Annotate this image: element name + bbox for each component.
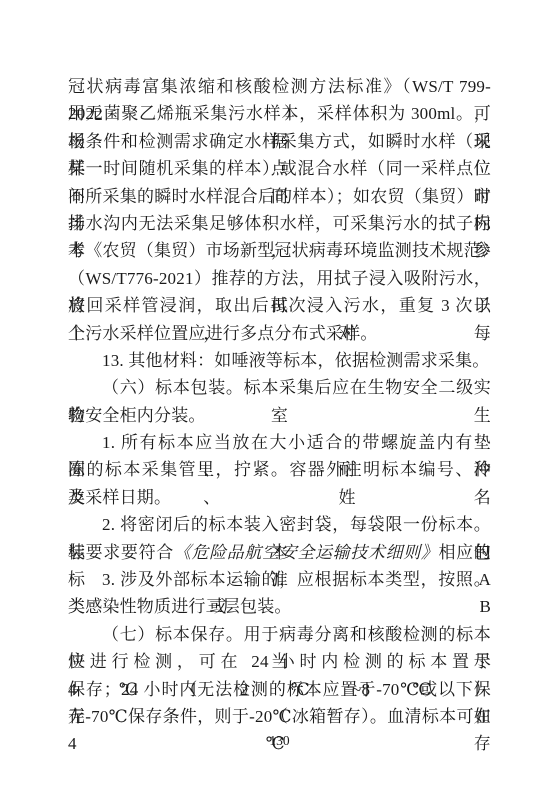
book-title-italic: 《危险品航空安全运输技术细则》 [174,543,439,562]
text-line: 某一时间随机采集的样本）或混合水样（同一采样点位不同时 [68,155,491,182]
text-line: 排水沟内无法采集足够体积水样，可采集污水的拭子标本，参 [68,210,491,237]
text-line: 场条件和检测需求确定水样采集方式，如瞬时水样（采样点位 [68,128,491,155]
text-line: 2. 将密闭后的标本装入密封袋，每袋限一份标本。标本包 [68,511,491,538]
document-page: 冠状病毒富集浓缩和核酸检测方法标准》（WS/T 799-2022）， 用无菌聚乙… [0,0,559,793]
text-line: 1. 所有标本应当放在大小适合的带螺旋盖内有垫圈、耐冷 [68,429,491,456]
text-line: 13. 其他材料：如唾液等标本，依据检测需求采集。 [68,347,491,374]
text-line: （WS/T776-2021）推荐的方法，用拭子浸入吸附污水，将拭子 [68,265,491,292]
text-line: 冻的标本采集管里，拧紧。容器外注明标本编号、种类、姓名 [68,456,491,483]
text-line: 考《农贸（集贸）市场新型冠状病毒环境监测技术规范》 [68,237,491,264]
text-line: 快进行检测，可在 24 小时内检测的标本置于 4℃（2℃~8℃） [68,648,491,675]
text-segment: 装要求要符合 [68,543,174,562]
text-line: 无-70℃保存条件，则于-20℃冰箱暂存）。血清标本可在 4℃存 [68,703,491,730]
text-line: 3. 涉及外部标本运输的，应根据标本类型，按照 A 类或 B [68,566,491,593]
text-line: （七）标本保存。用于病毒分离和核酸检测的标本应当尽 [68,621,491,648]
text-line: 放回采样管浸润，取出后再次浸入污水，重复 3 次以上，对每 [68,292,491,319]
text-line: （六）标本包装。标本采集后应在生物安全二级实验室生 [68,374,491,401]
text-line: 用无菌聚乙烯瓶采集污水样本，采样体积为 300ml。可根据现 [68,100,491,127]
page-number: 130 [68,732,491,750]
text-line: 冠状病毒富集浓缩和核酸检测方法标准》（WS/T 799-2022）， [68,73,491,100]
text-line: 保存；24 小时内无法检测的标本应置于-70℃或以下保存（如 [68,676,491,703]
text-line: 间所采集的瞬时水样混合后的样本）；如农贸（集贸）市场内 [68,183,491,210]
body-text: 冠状病毒富集浓缩和核酸检测方法标准》（WS/T 799-2022）， 用无菌聚乙… [68,73,491,730]
text-line: 装要求要符合《危险品航空安全运输技术细则》相应的标准。 [68,539,491,566]
